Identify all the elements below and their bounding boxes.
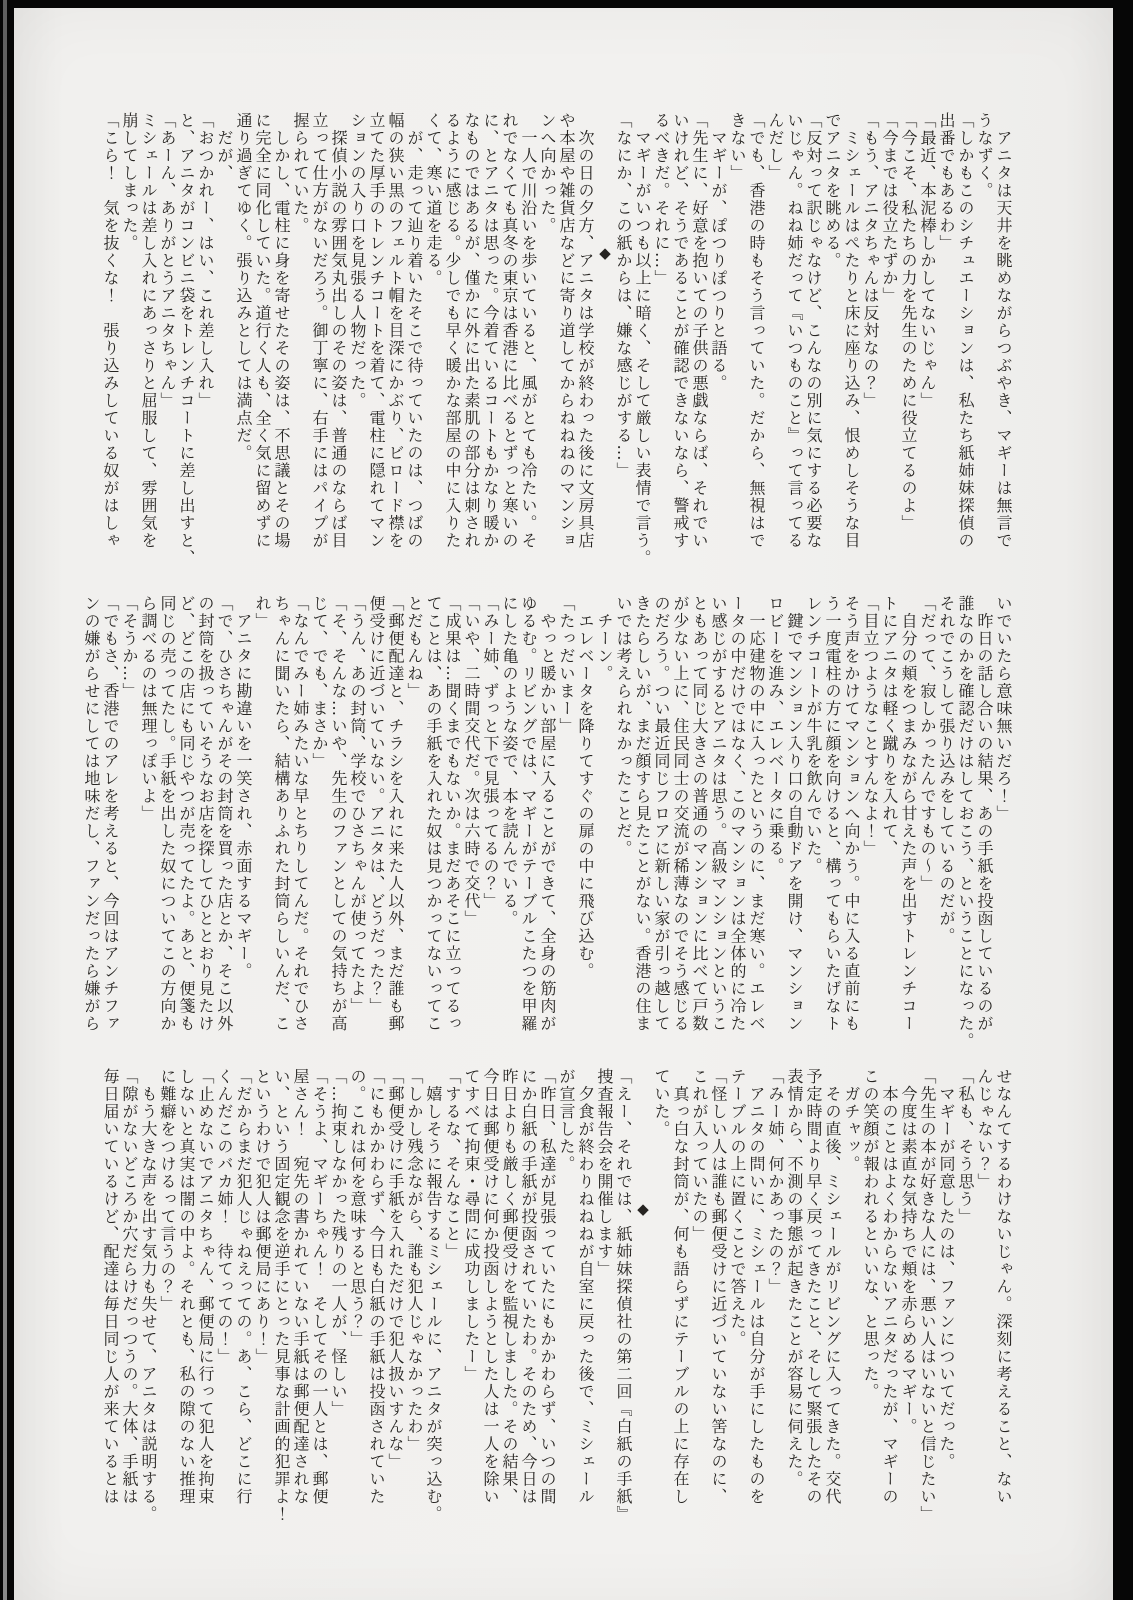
text-column: 自分の頬をつまみながら甘えた声を出すトレンチコー bbox=[899, 595, 918, 1053]
text-column: 「最近、本泥棒しかしてないじゃん」 bbox=[918, 112, 937, 570]
text-column: 「にもかかわらず、今日も白紙の手紙は投函されていた bbox=[367, 1068, 386, 1526]
text-column: 次の日の夕方、アニタは学校が終わった後に文房具店 bbox=[576, 112, 595, 570]
text-column: ていた。 bbox=[652, 1068, 671, 1526]
text-column: きない」 bbox=[728, 112, 747, 570]
text-column: 「隙がないどころか穴だらけだっつうの。大体、手紙は bbox=[120, 1068, 139, 1526]
text-column: 「そ、そんな…いや、先生のファンとしての気持ちが高 bbox=[329, 595, 348, 1053]
text-column: 「先生の本が好きな人には、悪い人はいないと信じたい」 bbox=[918, 1068, 937, 1526]
text-column: に完全に同化していた。道行く人も、全く気に留めずに bbox=[253, 112, 272, 570]
text-column: や本屋や雑貨店などに寄り道してからねねねのマンショ bbox=[557, 112, 576, 570]
text-column: と、アニタがコンビニ袋をトレンチコートに差し出すと、 bbox=[177, 112, 196, 570]
text-column: 「先生に、好意を抱いての子供の悪戯ならば、それでい bbox=[690, 112, 709, 570]
text-column: 今度は素直な気持ちで頬を赤らめるマギー。 bbox=[899, 1068, 918, 1526]
text-column: くんだこのバカ姉！ 待てっての！」 bbox=[215, 1068, 234, 1526]
text-column: ンの嫌がらせにしては地味だし、ファンだったら嫌がら bbox=[82, 595, 101, 1053]
text-column: 「そうか…」 bbox=[120, 595, 139, 1053]
text-column: 「成果は…聞くまでもないか。まだあそこに立ってるっ bbox=[443, 595, 462, 1053]
diamond-divider-icon: ◆ bbox=[595, 112, 614, 570]
text-column: せなんてするわけないじゃん。深刻に考えること、ない bbox=[994, 1068, 1013, 1526]
text-column: 一応建物の中に入ったというのに、まだ寒い。エレベ bbox=[747, 595, 766, 1053]
text-column: 嬉しそうに報告するミシェールに、アニタが突っ込む。 bbox=[424, 1068, 443, 1526]
text-column: ゆるむ。リビングでは、マギーがテーブルこたつを甲羅 bbox=[519, 595, 538, 1053]
text-column: ガチャッ。 bbox=[842, 1068, 861, 1526]
text-column: 「目立つようなことすんなよ！」 bbox=[861, 595, 880, 1053]
text-column: 「だって、寂しかったんですもの〜」 bbox=[918, 595, 937, 1053]
text-column: 「しかもこのシチュエーションは、私たち紙姉妹探偵の bbox=[956, 112, 975, 570]
text-column: じて、でも、まさか」 bbox=[310, 595, 329, 1053]
text-column: 探偵小説の雰囲気丸出しのその姿は、普通のならば目 bbox=[329, 112, 348, 570]
text-column: 「そうよ、マギーちゃん！ そしてその一人とは、郵便 bbox=[310, 1068, 329, 1526]
text-column: 「反対って訳じゃなけど、こんなの別に気にする必要な bbox=[804, 112, 823, 570]
text-column: るように感じる。少しでも早く暖かな部屋の中に入りた bbox=[443, 112, 462, 570]
text-column: 「もう、アニタちゃんは反対なの？」 bbox=[861, 112, 880, 570]
text-column: 「たっだいまー」 bbox=[557, 595, 576, 1053]
text-column: でアニタを眺める。 bbox=[823, 112, 842, 570]
text-column: てことは、あの手紙を入れた奴は見つかってないってこ bbox=[424, 595, 443, 1053]
text-column: にした亀のような姿で、本を読んでいる。 bbox=[500, 595, 519, 1053]
text-column: いでは考えられなかったことだ。 bbox=[614, 595, 633, 1053]
scanned-page: アニタは天井を眺めながらつぶやき、マギーは無言でうなずく。「しかもこのシチュエー… bbox=[14, 8, 1113, 1600]
text-column: その直後、ミシェールがリビングに入ってきた。交代 bbox=[823, 1068, 842, 1526]
text-column: 「しかし残念ながら、誰も犯人じゃなかったわ」 bbox=[405, 1068, 424, 1526]
text-column: 昨日よりも厳しく郵便受けを監視しました。その結果、 bbox=[500, 1068, 519, 1526]
text-column: に難癖をつけるって言うの？」 bbox=[158, 1068, 177, 1526]
text-column: やっと暖かい部屋に入ることができて、全身の筋肉が bbox=[538, 595, 557, 1053]
scanned-book-page: { "document": { "language": "ja", "writi… bbox=[0, 0, 1133, 1600]
text-column: トにアニタは軽く蹴りを入れて、 bbox=[880, 595, 899, 1053]
text-column: ータの中だけではなく、このマンションは全体的に冷た bbox=[728, 595, 747, 1053]
text-column: てすべて拘束・尋問に成功しましたー」 bbox=[462, 1068, 481, 1526]
text-column: 「だからまだ犯人じゃねえっての。あ、こら、どこに行 bbox=[234, 1068, 253, 1526]
text-column: い、という固定観念を逆手にとった見事な計画的犯罪よ！ bbox=[272, 1068, 291, 1526]
text-column: レンチコートが牛乳を飲んでいた。 bbox=[804, 595, 823, 1053]
text-column: しかし、電柱に身を寄せたその姿は、不思議とその場 bbox=[272, 112, 291, 570]
text-column: 幅の狭い黒のフェルト帽を目深にかぶり、ビロード襟を bbox=[386, 112, 405, 570]
text-column: 「郵便受けに手紙を入れただけで犯人扱いすんな」 bbox=[386, 1068, 405, 1526]
text-column: 「するな、そんなこと」 bbox=[443, 1068, 462, 1526]
text-column: とだもんね」 bbox=[405, 595, 424, 1053]
text-column: 同じの売ってたし。手紙を出した奴についてこの方向か bbox=[158, 595, 177, 1053]
text-column: 便受けに近づいていない。アニタは、どうだった？」 bbox=[367, 595, 386, 1053]
text-column: ションの入り口を見張る人物だった。 bbox=[348, 112, 367, 570]
text-column: 昨日の話し合いの結果、あの手紙を投函しているのが bbox=[975, 595, 994, 1053]
text-column: ロビーを進み、エレベータに乗る。 bbox=[766, 595, 785, 1053]
text-column: 「今までは役立たずか」 bbox=[880, 112, 899, 570]
text-column: 「みー姉、何かあったの？」 bbox=[766, 1068, 785, 1526]
text-column: るべきだ。それに…」 bbox=[652, 112, 671, 570]
text-column: 握られていた。 bbox=[291, 112, 310, 570]
text-column: 「えー、それでは、紙姉妹探偵社の第二回『白紙の手紙』 bbox=[614, 1068, 633, 1526]
text-column: んだし」 bbox=[766, 112, 785, 570]
text-column: 「でも、香港の時もそう言っていた。だから、無視はで bbox=[747, 112, 766, 570]
text-column: ミシェールは差し入れにあっさりと屈服して、雰囲気を bbox=[139, 112, 158, 570]
text-column: マギーがいつも以上に暗く、そして厳しい表情で言う。 bbox=[633, 112, 652, 570]
text-column: 誰なのかを確認だけはしておこう、ということになった。 bbox=[956, 595, 975, 1053]
text-column: きたらしいが、まだ顔すら見たことがない。香港の住ま bbox=[633, 595, 652, 1053]
text-column: 出番でもあるわ」 bbox=[937, 112, 956, 570]
text-column: 「みー姉、ずっと下で見張ってるの？」 bbox=[481, 595, 500, 1053]
text-column: テーブルの上に置くことで答えた。 bbox=[728, 1068, 747, 1526]
text-column: に、とアニタは思った。今着ているコートもかなり暖か bbox=[481, 112, 500, 570]
text-column: 「いや、二時間交代だ。次は六時で交代」 bbox=[462, 595, 481, 1053]
text-column: いけれど、そうであることが確認できないなら、警戒す bbox=[671, 112, 690, 570]
text-column: ちゃんに聞いたら、結構ありふれた封筒らしいんだ、こ bbox=[272, 595, 291, 1053]
text-column: ともあって同じ大きさの普通のマンションに比べて戸数 bbox=[690, 595, 709, 1053]
text-band-middle: いでいたら意味無いだろ！」 昨日の話し合いの結果、あの手紙を投函しているのが誰な… bbox=[82, 595, 1013, 1053]
text-column: チーン。 bbox=[595, 595, 614, 1053]
text-column: 屋さん！ 宛先の書かれていない手紙は郵便配達されな bbox=[291, 1068, 310, 1526]
diamond-divider-icon: ◆ bbox=[633, 1068, 652, 1526]
text-column: 「昨日、私達が見張っていたにもかかわらず、いつの間 bbox=[538, 1068, 557, 1526]
text-column: 通り過ぎてゆく。張り込みとしては満点だ。 bbox=[234, 112, 253, 570]
text-column: 「おつかれー、はい、これ差し入れ」 bbox=[196, 112, 215, 570]
text-column: いでいたら意味無いだろ！」 bbox=[994, 595, 1013, 1053]
text-column: 真っ白な封筒が、何も語らずにテーブルの上に存在し bbox=[671, 1068, 690, 1526]
spine-shadow-strip bbox=[3, 0, 7, 1600]
text-column: 一人で川沿いを歩いていると、風がとても冷たい。そ bbox=[519, 112, 538, 570]
text-column: 「あーん、ありがとうアニタちゃん」 bbox=[158, 112, 177, 570]
text-column: この笑顔が報われるといいな、と思った。 bbox=[861, 1068, 880, 1526]
text-column: ど、どこの店にも同じやつが売ってたよ。あと、便箋も bbox=[177, 595, 196, 1053]
text-column: 予定時間より早く戻ってきたこと、そして緊張したその bbox=[804, 1068, 823, 1526]
text-column: しないと真実は闇の中よ。それとも、私の隙のない推理 bbox=[177, 1068, 196, 1526]
text-column: 「うん、あの封筒、学校でひさちゃんが使ってたよ」 bbox=[348, 595, 367, 1053]
text-column: だが、 bbox=[215, 112, 234, 570]
text-column: そう声をかけてマンションへ向かう。中に入る直前にも bbox=[842, 595, 861, 1053]
text-column: れでなくても真冬の東京は香港に比べるとずっと寒いの bbox=[500, 112, 519, 570]
text-column: いじゃん。ねね姉だって『いつものこと』って言ってる bbox=[785, 112, 804, 570]
text-column: の封筒を扱っていそうなお店を探してひととおり見たけ bbox=[196, 595, 215, 1053]
text-column: 毎日届いているけど、配達は毎日同じ人が来ているとは bbox=[101, 1068, 120, 1526]
text-band-top: アニタは天井を眺めながらつぶやき、マギーは無言でうなずく。「しかもこのシチュエー… bbox=[101, 112, 1013, 570]
text-column: ら調べるのは無理っぽいよ」 bbox=[139, 595, 158, 1053]
text-column: ミシェールはぺたりと床に座り込み、恨めしそうな目 bbox=[842, 112, 861, 570]
text-column: マギーが同意したのは、ファンについてだった。 bbox=[937, 1068, 956, 1526]
text-column: なものではあるが、僅かに外に出た素肌の部分は刺され bbox=[462, 112, 481, 570]
text-column: 「…拘束しなかった残りの一人が、怪しい」 bbox=[329, 1068, 348, 1526]
text-column: 立てた厚手のトレンチコートを着て、電柱に隠れてマン bbox=[367, 112, 386, 570]
text-column: が宣言した。 bbox=[557, 1068, 576, 1526]
text-column: が少ない上に、住民同士の交流が稀薄なのでそう感じる bbox=[671, 595, 690, 1053]
text-column: 「なんでみー姉みたいな早とちりしてんだ。それでひさ bbox=[291, 595, 310, 1053]
text-column: 「なにか、この紙からは、嫌な感じがする…」 bbox=[614, 112, 633, 570]
text-column: が、走って辿り着いたそこで待っていたのは、つばの bbox=[405, 112, 424, 570]
text-column: 今日は郵便受けに何か投函しようとした人は一人を除い bbox=[481, 1068, 500, 1526]
text-column: う一度電柱の方に顔を向けると、構ってもらいたげなト bbox=[823, 595, 842, 1053]
text-column: というわけで犯人は郵便局にあり！」 bbox=[253, 1068, 272, 1526]
text-column: マギーが、ぽつりぽつりと語る。 bbox=[709, 112, 728, 570]
text-column: アニタに勘違いを一笑され、赤面するマギー。 bbox=[234, 595, 253, 1053]
text-column: 崩してしまった。 bbox=[120, 112, 139, 570]
text-column: 「私も、そう思う」 bbox=[956, 1068, 975, 1526]
text-column: 表情から、不測の事態が起きたことが容易に伺えた。 bbox=[785, 1068, 804, 1526]
text-column: んじゃない？」 bbox=[975, 1068, 994, 1526]
text-column: それでこうして張り込みをしているのだが。 bbox=[937, 595, 956, 1053]
text-column: アニタは天井を眺めながらつぶやき、マギーは無言で bbox=[994, 112, 1013, 570]
text-column: 「でもさ、香港でのアレを考えると、今回はアンチファ bbox=[101, 595, 120, 1053]
text-column: にか白紙の手紙が投函されていたわ。そのため、今日は bbox=[519, 1068, 538, 1526]
text-column: 「で、ひさちゃんがその封筒を買った店とか、そこ以外 bbox=[215, 595, 234, 1053]
text-column: 本のことはよくわからないアニタだったが、マギーの bbox=[880, 1068, 899, 1526]
text-column: 「止めないでアニタちゃん、郵便局に行って犯人を拘束 bbox=[196, 1068, 215, 1526]
text-column: これが入っていたの」 bbox=[690, 1068, 709, 1526]
text-column: 「今こそ、私たちの力を先生のために役立てるのよ」 bbox=[899, 112, 918, 570]
text-column: 立って仕方がないだろう。御丁寧に、右手にはパイプが bbox=[310, 112, 329, 570]
text-column: くて、寒い道を走る。 bbox=[424, 112, 443, 570]
text-column: の。これは何を意味すると思う？」 bbox=[348, 1068, 367, 1526]
text-band-bottom: せなんてするわけないじゃん。深刻に考えること、ないんじゃない？」「私も、そう思う… bbox=[101, 1068, 1013, 1526]
text-column: 鍵でマンション入り口の自動ドアを開け、マンション bbox=[785, 595, 804, 1053]
text-column: 「こら！ 気を抜くな！ 張り込みしている奴がはしゃ bbox=[101, 112, 120, 570]
text-column: 夕食が終わりねねねが自室に戻った後で、ミシェール bbox=[576, 1068, 595, 1526]
text-column: 捜査報告会を開催します」 bbox=[595, 1068, 614, 1526]
text-column: エレベータを降りてすぐの扉の中に飛び込む。 bbox=[576, 595, 595, 1053]
text-column: 「怪しい人は誰も郵便受けに近づいていない筈なのに、 bbox=[709, 1068, 728, 1526]
text-column: ンへ向かった。 bbox=[538, 112, 557, 570]
text-column: のだろう。つい最近同じフロアに新しい家が引っ越して bbox=[652, 595, 671, 1053]
text-column: もう大きな声を出す気力も失せて、アニタは説明する。 bbox=[139, 1068, 158, 1526]
text-column: うなずく。 bbox=[975, 112, 994, 570]
text-column: れ」 bbox=[253, 595, 272, 1053]
text-column: 「郵便配達と、チラシを入れに来た人以外、まだ誰も郵 bbox=[386, 595, 405, 1053]
text-column: い感じがするとアニタは思う。高級マンションというこ bbox=[709, 595, 728, 1053]
text-column: アニタの問いに、ミシェールは自分が手にしたものを bbox=[747, 1068, 766, 1526]
